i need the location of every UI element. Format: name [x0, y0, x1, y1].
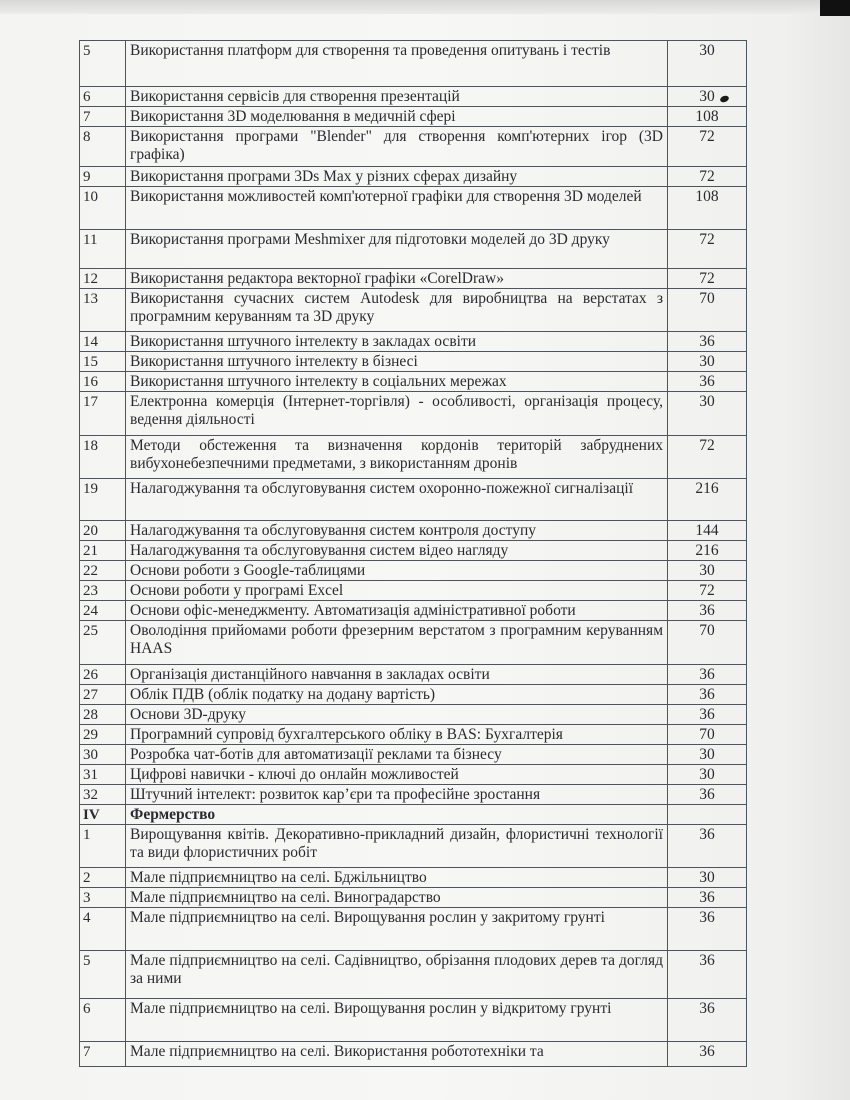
table-row: 32Штучний інтелект: розвиток кар’єри та … — [80, 785, 747, 805]
course-hours: 30 — [668, 868, 747, 888]
row-number: 20 — [80, 521, 126, 541]
course-hours: 36 — [668, 665, 747, 685]
course-title: Програмний супровід бухгалтерського облі… — [126, 725, 668, 745]
course-title: Використання редактора векторної графіки… — [126, 269, 668, 289]
row-number: 10 — [80, 187, 126, 230]
section-header-row: IVФермерство — [80, 805, 747, 825]
course-title: Використання програми 3Ds Max у різних с… — [126, 167, 668, 187]
table-row: 22Основи роботи з Google-таблицями30 — [80, 561, 747, 581]
table-row: 13Використання сучасних систем Autodesk … — [80, 289, 747, 332]
table-row: 1Вирощування квітів. Декоративно-приклад… — [80, 825, 747, 868]
course-title: Оволодіння прийомами роботи фрезерним ве… — [126, 621, 668, 665]
course-hours: 36 — [668, 888, 747, 908]
course-hours — [668, 805, 747, 825]
table-row: 9Використання програми 3Ds Max у різних … — [80, 167, 747, 187]
course-title: Використання можливостей комп'ютерної гр… — [126, 187, 668, 230]
course-hours: 70 — [668, 621, 747, 665]
row-number: 2 — [80, 868, 126, 888]
course-hours: 36 — [668, 999, 747, 1042]
course-title: Налагоджування та обслуговування систем … — [126, 479, 668, 521]
course-title: Використання сучасних систем Autodesk дл… — [126, 289, 668, 332]
row-number: 19 — [80, 479, 126, 521]
table-row: 2Мале підприємництво на селі. Бджільницт… — [80, 868, 747, 888]
course-hours: 30 — [668, 392, 747, 436]
course-hours: 216 — [668, 541, 747, 561]
row-number: 16 — [80, 372, 126, 392]
table-row: 29Програмний супровід бухгалтерського об… — [80, 725, 747, 745]
scan-shadow-top — [0, 0, 850, 14]
row-number: 25 — [80, 621, 126, 665]
course-title: Використання платформ для створення та п… — [126, 41, 668, 87]
row-number: 6 — [80, 87, 126, 107]
courses-table-body: 5Використання платформ для створення та … — [80, 41, 747, 1067]
table-row: 28Основи 3D-друку36 — [80, 705, 747, 725]
course-title: Організація дистанційного навчання в зак… — [126, 665, 668, 685]
row-number: 26 — [80, 665, 126, 685]
row-number: 31 — [80, 765, 126, 785]
table-row: 26Організація дистанційного навчання в з… — [80, 665, 747, 685]
row-number: 3 — [80, 888, 126, 908]
course-hours: 30 — [668, 561, 747, 581]
course-title: Налагоджування та обслуговування систем … — [126, 541, 668, 561]
row-number: 14 — [80, 332, 126, 352]
row-number: 17 — [80, 392, 126, 436]
row-number: 30 — [80, 745, 126, 765]
table-row: 31Цифрові навички - ключі до онлайн можл… — [80, 765, 747, 785]
table-row: 15Використання штучного інтелекту в бізн… — [80, 352, 747, 372]
row-number: 6 — [80, 999, 126, 1042]
course-hours: 108 — [668, 107, 747, 127]
row-number: 13 — [80, 289, 126, 332]
table-row: 6Мале підприємництво на селі. Вирощуванн… — [80, 999, 747, 1042]
course-title: Використання штучного інтелекту в заклад… — [126, 332, 668, 352]
row-number: 32 — [80, 785, 126, 805]
row-number: 22 — [80, 561, 126, 581]
table-row: 16Використання штучного інтелекту в соці… — [80, 372, 747, 392]
course-hours: 72 — [668, 127, 747, 167]
row-number: 8 — [80, 127, 126, 167]
course-hours: 72 — [668, 436, 747, 479]
course-title: Основи 3D-друку — [126, 705, 668, 725]
course-title: Використання штучного інтелекту в соціал… — [126, 372, 668, 392]
row-number: 28 — [80, 705, 126, 725]
table-row: 18Методи обстеження та визначення кордон… — [80, 436, 747, 479]
course-title: Цифрові навички - ключі до онлайн можлив… — [126, 765, 668, 785]
table-row: 10Використання можливостей комп'ютерної … — [80, 187, 747, 230]
row-number: 21 — [80, 541, 126, 561]
course-title: Мале підприємництво на селі. Вирощування… — [126, 999, 668, 1042]
table-row: 24Основи офіс-менеджменту. Автоматизація… — [80, 601, 747, 621]
scan-corner-mark — [820, 0, 850, 16]
row-number: 29 — [80, 725, 126, 745]
course-title: Електронна комерція (Інтернет-торгівля) … — [126, 392, 668, 436]
row-number: 7 — [80, 1042, 126, 1067]
course-hours: 36 — [668, 825, 747, 868]
course-title: Використання програми "Blender" для ство… — [126, 127, 668, 167]
table-row: 6Використання сервісів для створення пре… — [80, 87, 747, 107]
table-row: 23Основи роботи у програмі Excel72 — [80, 581, 747, 601]
course-title: Налагоджування та обслуговування систем … — [126, 521, 668, 541]
course-title: Мале підприємництво на селі. Виноградарс… — [126, 888, 668, 908]
table-row: 3Мале підприємництво на селі. Виноградар… — [80, 888, 747, 908]
course-hours: 216 — [668, 479, 747, 521]
course-title: Фермерство — [126, 805, 668, 825]
table-row: 20Налагоджування та обслуговування систе… — [80, 521, 747, 541]
course-title: Використання штучного інтелекту в бізнес… — [126, 352, 668, 372]
row-number: 4 — [80, 908, 126, 951]
course-title: Мале підприємництво на селі. Використанн… — [126, 1042, 668, 1067]
course-hours: 36 — [668, 785, 747, 805]
course-hours: 70 — [668, 289, 747, 332]
course-title: Використання сервісів для створення през… — [126, 87, 668, 107]
table-row: 7Мале підприємництво на селі. Використан… — [80, 1042, 747, 1067]
course-hours: 36 — [668, 685, 747, 705]
course-hours: 30 — [668, 745, 747, 765]
row-number: 11 — [80, 230, 126, 269]
course-hours: 36 — [668, 372, 747, 392]
row-number: 23 — [80, 581, 126, 601]
table-row: 19Налагоджування та обслуговування систе… — [80, 479, 747, 521]
course-title: Основи офіс-менеджменту. Автоматизація а… — [126, 601, 668, 621]
row-number: 12 — [80, 269, 126, 289]
row-number: 27 — [80, 685, 126, 705]
row-number: 5 — [80, 951, 126, 999]
row-number: 7 — [80, 107, 126, 127]
course-hours: 72 — [668, 269, 747, 289]
table-row: 17Електронна комерція (Інтернет-торгівля… — [80, 392, 747, 436]
row-number: 24 — [80, 601, 126, 621]
course-title: Вирощування квітів. Декоративно-прикладн… — [126, 825, 668, 868]
row-number: 15 — [80, 352, 126, 372]
course-hours: 144 — [668, 521, 747, 541]
table-row: 8Використання програми "Blender" для ств… — [80, 127, 747, 167]
course-hours: 30 — [668, 41, 747, 87]
course-hours: 36 — [668, 332, 747, 352]
course-title: Мале підприємництво на селі. Вирощування… — [126, 908, 668, 951]
course-hours: 30 — [668, 765, 747, 785]
table-row: 27Облік ПДВ (облік податку на додану вар… — [80, 685, 747, 705]
course-hours: 36 — [668, 705, 747, 725]
course-title: Розробка чат-ботів для автоматизації рек… — [126, 745, 668, 765]
course-title: Методи обстеження та визначення кордонів… — [126, 436, 668, 479]
course-title: Використання 3D моделювання в медичній с… — [126, 107, 668, 127]
row-number: 5 — [80, 41, 126, 87]
row-number: 1 — [80, 825, 126, 868]
table-row: 7Використання 3D моделювання в медичній … — [80, 107, 747, 127]
course-hours: 72 — [668, 230, 747, 269]
row-number: IV — [80, 805, 126, 825]
table-row: 30Розробка чат-ботів для автоматизації р… — [80, 745, 747, 765]
table-row: 12Використання редактора векторної графі… — [80, 269, 747, 289]
course-hours: 70 — [668, 725, 747, 745]
course-hours: 36 — [668, 908, 747, 951]
course-title: Основи роботи з Google-таблицями — [126, 561, 668, 581]
courses-table: 5Використання платформ для створення та … — [79, 40, 747, 1067]
table-row: 5Мале підприємництво на селі. Садівництв… — [80, 951, 747, 999]
table-row: 11Використання програми Meshmixer для пі… — [80, 230, 747, 269]
row-number: 9 — [80, 167, 126, 187]
course-hours: 72 — [668, 581, 747, 601]
table-row: 4Мале підприємництво на селі. Вирощуванн… — [80, 908, 747, 951]
table-row: 14Використання штучного інтелекту в закл… — [80, 332, 747, 352]
table-row: 5Використання платформ для створення та … — [80, 41, 747, 87]
table-row: 21Налагоджування та обслуговування систе… — [80, 541, 747, 561]
course-hours: 72 — [668, 167, 747, 187]
course-hours: 36 — [668, 1042, 747, 1067]
row-number: 18 — [80, 436, 126, 479]
course-title: Мале підприємництво на селі. Садівництво… — [126, 951, 668, 999]
table-row: 25Оволодіння прийомами роботи фрезерним … — [80, 621, 747, 665]
course-title: Мале підприємництво на селі. Бджільництв… — [126, 868, 668, 888]
course-title: Основи роботи у програмі Excel — [126, 581, 668, 601]
course-hours: 30 — [668, 352, 747, 372]
course-title: Облік ПДВ (облік податку на додану варті… — [126, 685, 668, 705]
course-hours: 36 — [668, 951, 747, 999]
course-hours: 36 — [668, 601, 747, 621]
course-title: Штучний інтелект: розвиток кар’єри та пр… — [126, 785, 668, 805]
course-hours: 108 — [668, 187, 747, 230]
scanned-page: 5Використання платформ для створення та … — [0, 0, 850, 1100]
course-hours: 30 — [668, 87, 747, 107]
course-title: Використання програми Meshmixer для підг… — [126, 230, 668, 269]
